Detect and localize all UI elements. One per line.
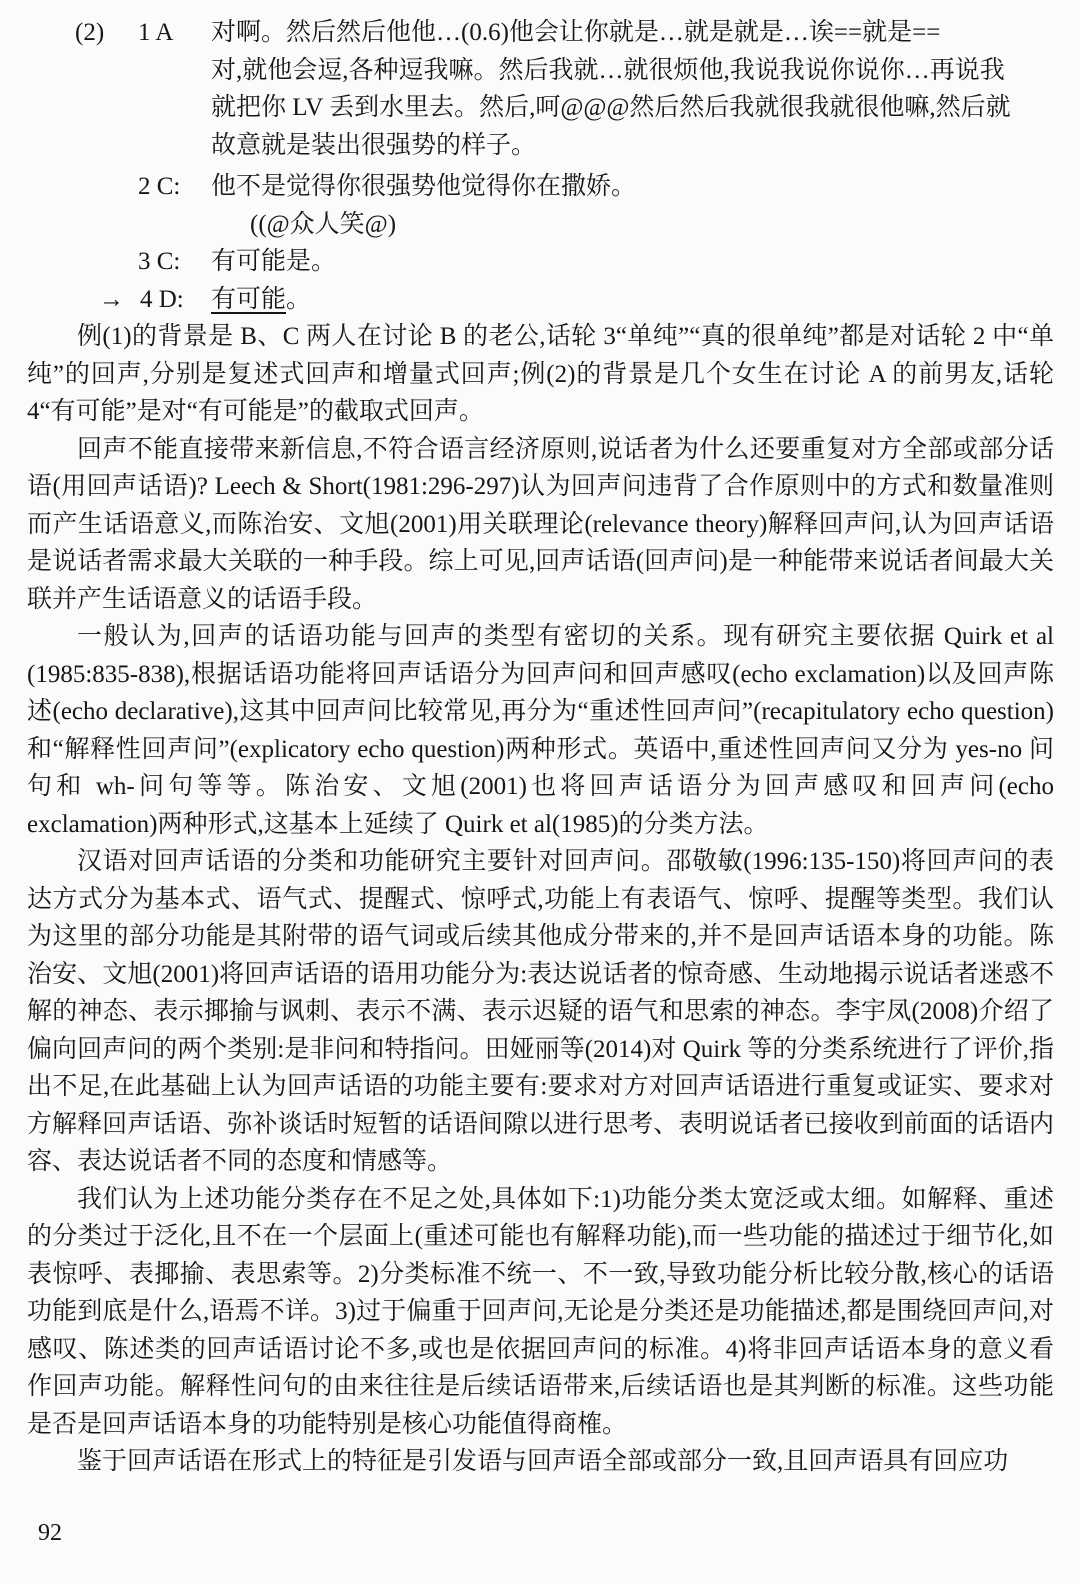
speaker-label-4d: 4 D: [140, 281, 211, 319]
speaker-label-3c: 3 C: [138, 243, 211, 281]
paragraph-critique: 我们认为上述功能分类存在不足之处,具体如下:1)功能分类太宽泛或太细。如解释、重… [27, 1181, 1054, 1444]
turn-2-text: 他不是觉得你很强势他觉得你在撒娇。 [211, 173, 636, 200]
paragraph-conclusion-start: 鉴于回声话语在形式上的特征是引发语与回声语全部或部分一致,且回声语具有回应功 [27, 1443, 1054, 1481]
speaker-label-2c: 2 C: [138, 168, 211, 206]
paragraph-example-explanation: 例(1)的背景是 B、C 两人在讨论 B 的老公,话轮 3“单纯”“真的很单纯”… [27, 318, 1054, 431]
speaker-label-1a: 1 A [138, 14, 211, 52]
paper-page: (2)1 A对啊。然后然后他他…(0.6)他会让你就是…就是就是…诶==就是==… [0, 0, 1080, 1481]
example-number: (2) [75, 14, 138, 52]
turn-1-line-1: (2)1 A对啊。然后然后他他…(0.6)他会让你就是…就是就是…诶==就是== [27, 14, 1054, 52]
paragraph-quirk-classification: 一般认为,回声的话语功能与回声的类型有密切的关系。现有研究主要依据 Quirk … [27, 618, 1054, 843]
arrow-marker-icon: → [99, 281, 140, 319]
example-block: (2)1 A对啊。然后然后他他…(0.6)他会让你就是…就是就是…诶==就是==… [27, 14, 1054, 318]
stage-direction-laughter: ((@众人笑@) [27, 206, 1054, 244]
turn-1-line-2: 对,就他会逗,各种逗我嘛。然后我就…就很烦他,我说我说你说你…再说我 [27, 52, 1054, 90]
turn-3-text: 有可能是。 [211, 248, 336, 275]
paragraph-echo-motivation: 回声不能直接带来新信息,不符合语言经济原则,说话者为什么还要重复对方全部或部分话… [27, 431, 1054, 619]
turn-3-line: 3 C:有可能是。 [27, 243, 1054, 281]
turn-4-tail: 。 [286, 286, 311, 313]
turn-2-line: 2 C:他不是觉得你很强势他觉得你在撒娇。 [27, 168, 1054, 206]
turn-1-line-3: 就把你 LV 丢到水里去。然后,呵@@@然后然后我就很我就很他嘛,然后就 [27, 89, 1054, 127]
turn-1-text-1: 对啊。然后然后他他…(0.6)他会让你就是…就是就是…诶==就是== [211, 19, 940, 46]
paragraph-chinese-research: 汉语对回声话语的分类和功能研究主要针对回声问。邵敬敏(1996:135-150)… [27, 843, 1054, 1181]
turn-4-line: →4 D:有可能。 [27, 281, 1054, 319]
page-number: 92 [38, 1520, 62, 1547]
underlined-echo-text: 有可能 [211, 286, 286, 313]
turn-1-line-4: 故意就是装出很强势的样子。 [27, 127, 1054, 165]
